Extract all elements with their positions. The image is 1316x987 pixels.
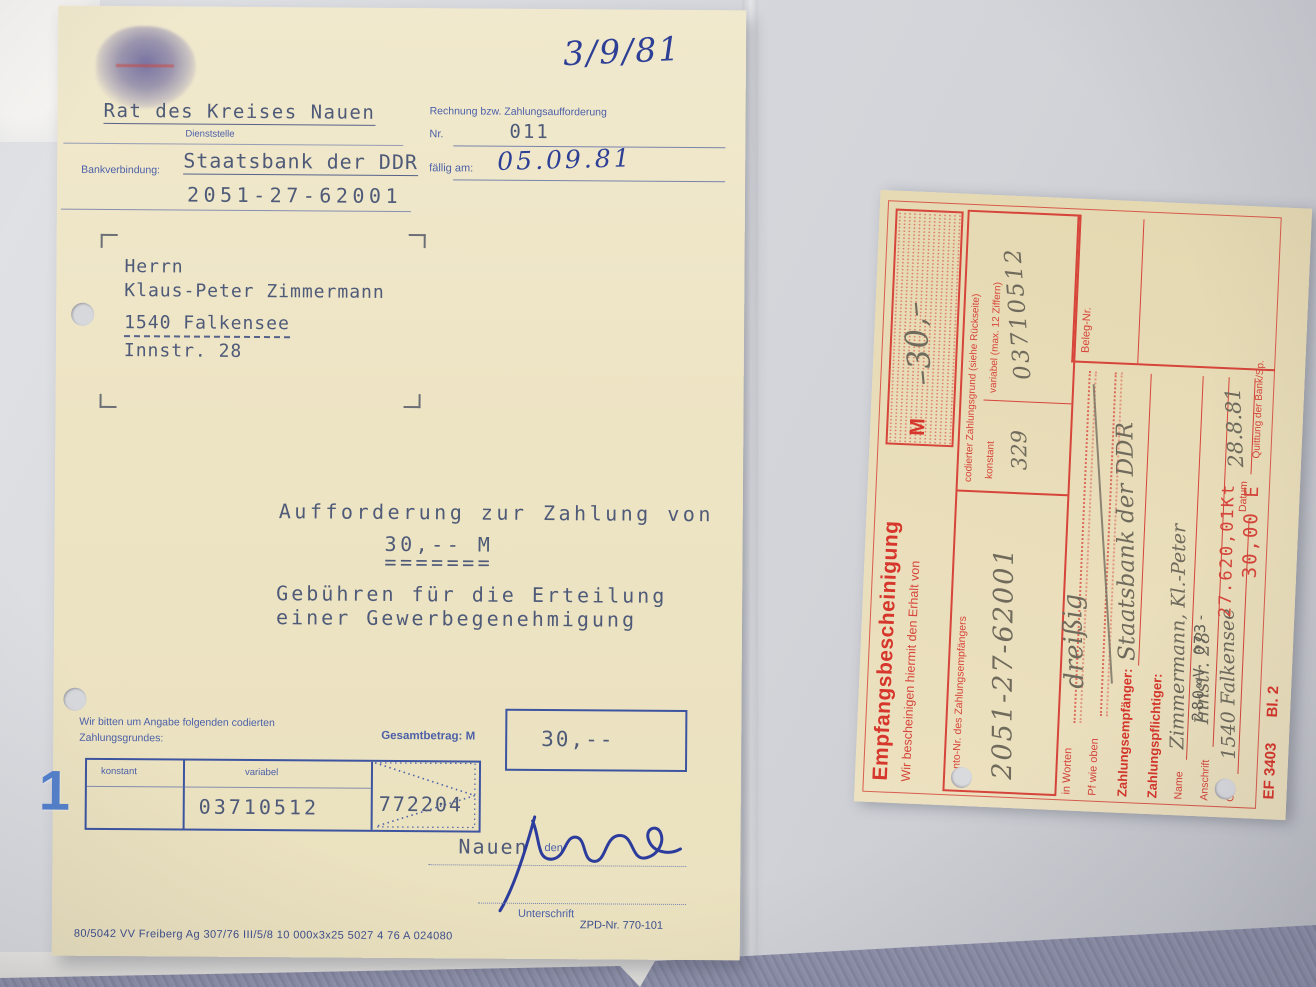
konstant-handwritten: 329 [1007,430,1031,470]
punch-hole [63,688,86,711]
name-label: Name [1172,771,1185,800]
bank-name: Staatsbank der DDR [183,148,418,176]
bank-account: 2051-27-62001 [187,183,402,209]
punch-hole [71,303,94,326]
rule [1137,219,1144,363]
sender-sub-label: Dienststelle [185,129,234,140]
rule [61,209,411,212]
datum-handwritten: 28.8.81 [1221,387,1248,468]
code-note-line2: Zahlungsgrundes: [79,732,163,745]
konto-handwritten: 2051-27-62001 [987,546,1020,779]
total-label: Gesamtbetrag: M [381,730,475,743]
margin-index-mark: 1 [39,757,71,822]
total-value: 30,-- [541,727,614,752]
sender-name: Rat des Kreises Nauen [103,100,375,126]
due-label: fällig am: [429,162,473,174]
bank-label: Bankverbindung: [81,164,160,177]
name-handwritten: Zimmermann, Kl.-Peter [1166,524,1190,750]
table-divider [183,760,185,828]
empfaenger-handwritten: Staatsbank der DDR [1112,422,1140,661]
recipient-city: 1540 Falkensee [124,312,290,338]
invoice-document: 3/9/81 Rat des Kreises Nauen Dienststell… [52,6,747,961]
variabel-col-label: variabel [245,767,278,778]
code-note-line1: Wir bitten um Angabe folgenden codierten [79,716,275,729]
machine-print-2: 27.620,01Kt [1215,482,1239,617]
grid-divider [957,490,1067,497]
grid-subdivider [983,400,1071,405]
due-value-handwritten: 05.09.81 [497,143,633,176]
receipt-document: Empfangsbescheinigung Wir bescheinigen h… [854,190,1312,820]
body-line2: Gebühren für die Erteilung [276,581,667,608]
photo-backdrop: 3/9/81 Rat des Kreises Nauen Dienststell… [0,0,1316,987]
address-corner-mark [409,234,426,248]
doc-title: Rechnung bzw. Zahlungsaufforderung [430,105,607,118]
ort-handwritten: 1540 Falkensee [1217,608,1240,759]
amount-handwritten: –30,– [896,299,940,387]
worten-handwritten: dreißig [1058,593,1090,689]
variabel-handwritten: 03710512 [1000,246,1036,381]
konstant-label: konstant [984,441,997,479]
address-corner-mark [404,394,421,408]
variabel-label: variabel (max. 12 Ziffern) [988,282,1004,393]
total-box: 30,-- [505,709,687,772]
machine-print-1: 280∞V 073- [1189,611,1210,722]
rule [87,786,371,789]
body-amount-underline: ======= [384,550,493,575]
konto-label: Konto-Nr. des Zahlungsempfängers [950,616,969,782]
recipient-name: Klaus-Peter Zimmermann [124,280,385,303]
code-value: 772204 [379,792,463,817]
pf-label: Pf wie oben [1086,738,1100,796]
recipient-street: Innstr. 28 [124,340,243,362]
konstant-col-label: konstant [101,766,137,777]
print-code: 80/5042 VV Freiberg Ag 307/76 III/5/8 10… [74,928,453,943]
body-line1: Aufforderung zur Zahlung von [279,499,714,526]
body-line3: einer Gewerbegenehmigung [276,605,637,632]
form-code: EF 3403 [1260,742,1279,799]
amount-box: M –30,– [885,209,963,448]
signature-label: Unterschrift [518,908,574,920]
variabel-value: 03710512 [199,795,319,820]
worten-label: in Worten [1060,747,1074,794]
grund-label: codierter Zahlungsgrund (siehe Rückseite… [963,293,982,482]
nr-value: 011 [509,121,549,143]
address-corner-mark [100,394,117,408]
address-corner-mark [101,234,118,248]
handwritten-date: 3/9/81 [562,29,682,73]
machine-print-3: 30,00 E [1239,484,1263,579]
zpd-number: ZPD-Nr. 770-101 [580,919,663,932]
currency-label: M [906,418,931,437]
rule [63,143,403,146]
code-table: konstant variabel 03710512 772204 [85,758,481,833]
stamp-red-line [116,64,174,67]
beleg-label: Beleg-Nr. [1080,307,1094,353]
bank-column: Beleg-Nr. Quittung der Bank/Sp. [1071,216,1281,371]
recipient-salutation: Herrn [124,256,183,277]
form-sheet: Bl. 2 [1264,685,1282,717]
nr-label: Nr. [429,128,443,140]
rule [453,179,725,182]
anschrift-label: Anschrift [1198,759,1212,800]
